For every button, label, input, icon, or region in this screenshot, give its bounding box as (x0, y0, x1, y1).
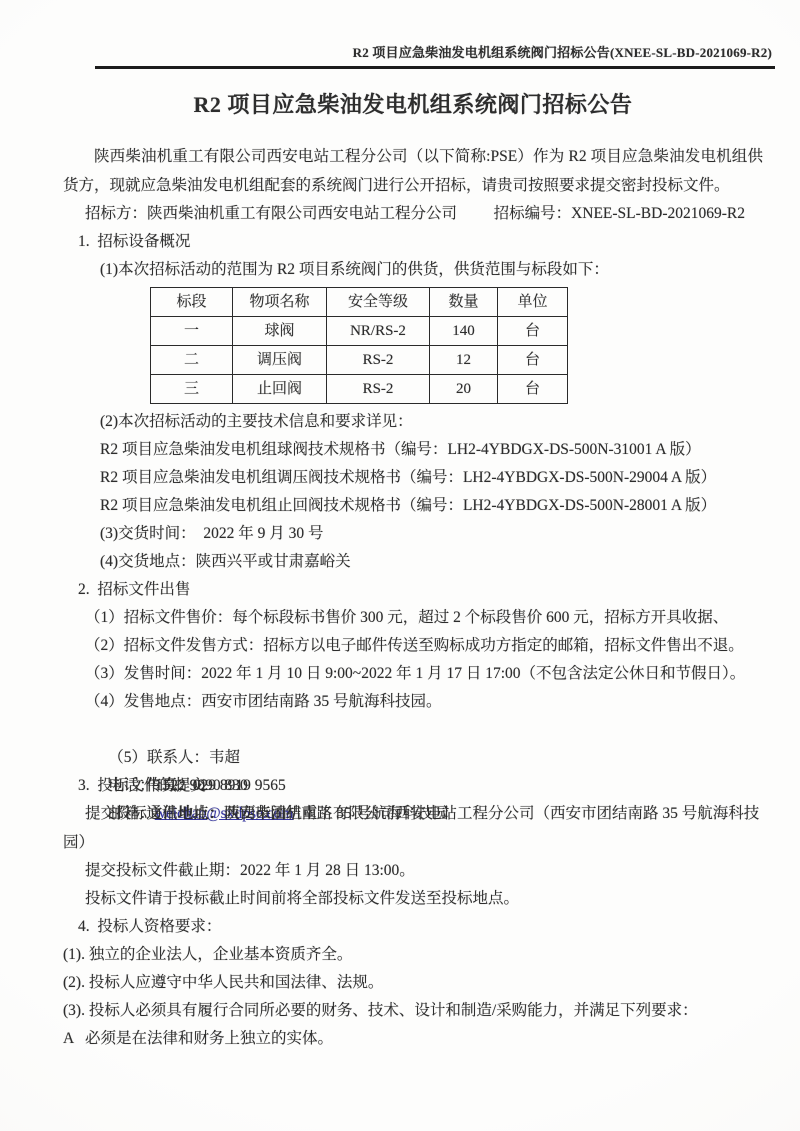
tenderer-name: 招标方：陕西柴油机重工有限公司西安电站工程分公司 (85, 200, 457, 228)
contact-person: （5）联系人：韦超 (108, 749, 240, 766)
page-title: R2 项目应急柴油发电机组系统阀门招标公告 (63, 90, 763, 120)
table-header-row: 标段 物项名称 安全等级 数量 单位 (151, 288, 568, 317)
section3-heading: 3. 投标文件的提交 (63, 772, 763, 800)
submit-deadline-line: 提交投标文件截止期：2022 年 1 月 28 日 13:00。 (63, 857, 763, 885)
cell-quantity: 140 (430, 317, 498, 346)
cell-unit: 台 (498, 346, 568, 375)
spec-line-pressure-valve: R2 项目应急柴油发电机组调压阀技术规格书（编号：LH2-4YBDGX-DS-5… (63, 464, 763, 492)
table-row: 三 止回阀 RS-2 20 台 (151, 375, 568, 404)
cell-safety-class: NR/RS-2 (327, 317, 430, 346)
delivery-time-line: (3)交货时间： 2022 年 9 月 30 号 (63, 520, 763, 548)
qualification-item-2: (2). 投标人应遵守中华人民共和国法律、法规。 (63, 969, 763, 997)
table-row: 二 调压阀 RS-2 12 台 (151, 346, 568, 375)
cell-item-name: 球阀 (233, 317, 327, 346)
cell-safety-class: RS-2 (327, 346, 430, 375)
delivery-place-line: (4)交货地点：陕西兴平或甘肃嘉峪关 (63, 548, 763, 576)
issue-place-line: （4）发售地点：西安市团结南路 35 号航海科技园。 (63, 688, 763, 716)
doc-price-line: （1）招标文件售价：每个标段标书售价 300 元，超过 2 个标段售价 600 … (63, 604, 763, 632)
section2-heading: 2. 招标文件出售 (63, 576, 763, 604)
section1-heading: 1. 招标设备概况 (63, 228, 763, 256)
col-header-lot: 标段 (151, 288, 233, 317)
cell-lot: 一 (151, 317, 233, 346)
intro-paragraph: 陕西柴油机重工有限公司西安电站工程分公司（以下简称:PSE）作为 R2 项目应急… (63, 143, 763, 200)
section4-heading: 4. 投标人资格要求： (63, 913, 763, 941)
header-rule (95, 66, 775, 69)
cell-unit: 台 (498, 317, 568, 346)
issue-time-line: （3）发售时间：2022 年 1 月 10 日 9:00~2022 年 1 月 … (63, 660, 763, 688)
col-header-quantity: 数量 (430, 288, 498, 317)
cell-item-name: 止回阀 (233, 375, 327, 404)
cell-quantity: 12 (430, 346, 498, 375)
col-header-unit: 单位 (498, 288, 568, 317)
spec-line-check-valve: R2 项目应急柴油发电机组止回阀技术规格书（编号：LH2-4YBDGX-DS-5… (63, 492, 763, 520)
table-row: 一 球阀 NR/RS-2 140 台 (151, 317, 568, 346)
cell-quantity: 20 (430, 375, 498, 404)
qualification-item-1: (1). 独立的企业法人，企业基本资质齐全。 (63, 941, 763, 969)
scope-line: (1)本次招标活动的范围为 R2 项目系统阀门的供货，供货范围与标段如下： (63, 256, 763, 284)
lots-table: 标段 物项名称 安全等级 数量 单位 一 球阀 NR/RS-2 140 台 二 … (150, 287, 568, 404)
tender-number: 招标编号：XNEE-SL-BD-2021069-R2 (494, 200, 745, 228)
qualification-item-3: (3). 投标人必须具有履行合同所必要的财务、技术、设计和制造/采购能力，并满足… (63, 997, 763, 1025)
doc-issue-method-line: （2）招标文件发售方式：招标方以电子邮件传送至购标成功方指定的邮箱，招标文件售出… (63, 632, 763, 660)
tech-info-line: (2)本次招标活动的主要技术信息和要求详见： (63, 408, 763, 436)
cell-item-name: 调压阀 (233, 346, 327, 375)
submit-note-line: 投标文件请于投标截止时间前将全部投标文件发送至投标地点。 (63, 885, 763, 913)
spec-line-ball-valve: R2 项目应急柴油发电机组球阀技术规格书（编号：LH2-4YBDGX-DS-50… (63, 436, 763, 464)
submit-place-line: 提交投标文件地点：陕西柴油机重工有限公司西安电站工程分公司（西安市团结南路 35… (63, 800, 763, 857)
cell-safety-class: RS-2 (327, 375, 430, 404)
document-page: R2 项目应急柴油发电机组系统阀门招标公告(XNEE-SL-BD-2021069… (0, 0, 800, 1131)
cell-lot: 二 (151, 346, 233, 375)
cell-lot: 三 (151, 375, 233, 404)
running-header: R2 项目应急柴油发电机组系统阀门招标公告(XNEE-SL-BD-2021069… (353, 42, 772, 61)
col-header-safety-class: 安全等级 (327, 288, 430, 317)
contact-line: （5）联系人：韦超 电话：1522 9090 830 邮箱：weichao@sx… (63, 716, 763, 744)
tenderer-line: 招标方：陕西柴油机重工有限公司西安电站工程分公司 招标编号：XNEE-SL-BD… (63, 200, 763, 228)
qualification-item-a: A 必须是在法律和财务上独立的实体。 (63, 1025, 763, 1053)
document-body: R2 项目应急柴油发电机组系统阀门招标公告 陕西柴油机重工有限公司西安电站工程分… (63, 90, 763, 1053)
cell-unit: 台 (498, 375, 568, 404)
col-header-item-name: 物项名称 (233, 288, 327, 317)
